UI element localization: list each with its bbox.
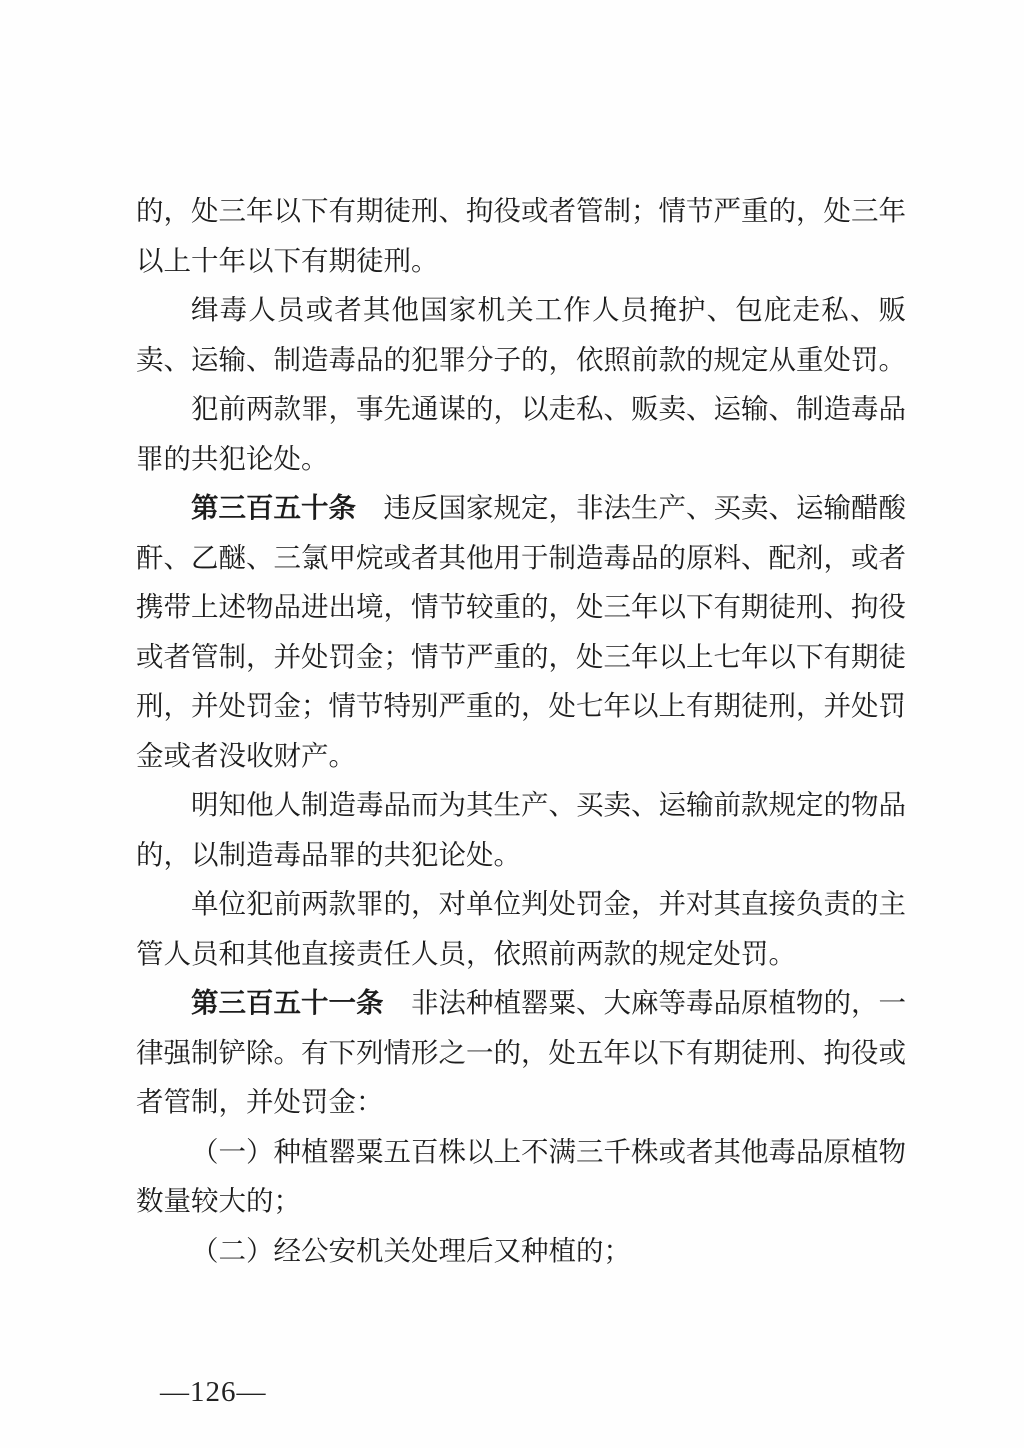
document-body: 的，处三年以下有期徒刑、拘役或者管制；情节严重的，处三年以上十年以下有期徒刑。缉… [136,186,906,1275]
article-number: 第三百五十条 [191,492,356,523]
article-paragraph: 第三百五十条 违反国家规定，非法生产、买卖、运输醋酸酐、乙醚、三氯甲烷或者其他用… [136,483,906,780]
article-paragraph: 第三百五十一条 非法种植罂粟、大麻等毒品原植物的，一律强制铲除。有下列情形之一的… [136,978,906,1127]
paragraph: （二）经公安机关处理后又种植的； [136,1226,906,1276]
paragraph: 犯前两款罪，事先通谋的，以走私、贩卖、运输、制造毒品罪的共犯论处。 [136,384,906,483]
paragraph: 单位犯前两款罪的，对单位判处罚金，并对其直接负责的主管人员和其他直接责任人员，依… [136,879,906,978]
paragraph: 明知他人制造毒品而为其生产、买卖、运输前款规定的物品的，以制造毒品罪的共犯论处。 [136,780,906,879]
paragraph: （一）种植罂粟五百株以上不满三千株或者其他毒品原植物数量较大的； [136,1127,906,1226]
document-page: 的，处三年以下有期徒刑、拘役或者管制；情节严重的，处三年以上十年以下有期徒刑。缉… [0,0,1024,1448]
article-number: 第三百五十一条 [191,987,384,1018]
paragraph: 缉毒人员或者其他国家机关工作人员掩护、包庇走私、贩卖、运输、制造毒品的犯罪分子的… [136,285,906,384]
page-footer: —126— [160,1376,267,1408]
paragraph: 的，处三年以下有期徒刑、拘役或者管制；情节严重的，处三年以上十年以下有期徒刑。 [136,186,906,285]
page-number: —126— [160,1376,267,1408]
